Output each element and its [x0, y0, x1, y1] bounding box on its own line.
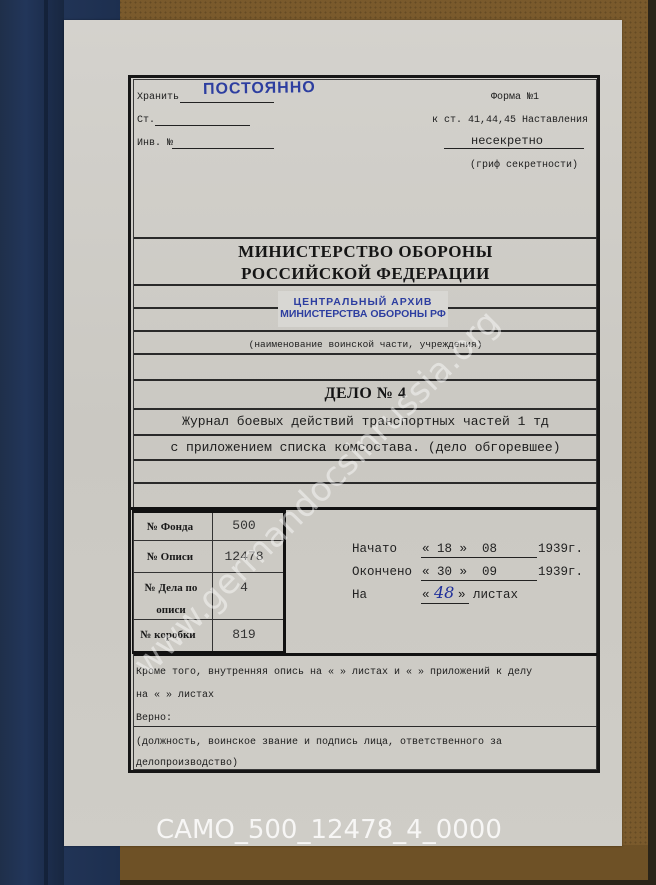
- ended-month: 09: [482, 565, 497, 579]
- rule-line: [134, 408, 597, 410]
- table-cell-label: № Фонда: [135, 516, 205, 538]
- started-underline: [421, 557, 537, 558]
- table-cell-label: № Описи: [135, 546, 205, 568]
- secrecy-value: несекретно: [471, 134, 543, 148]
- sheets-close: » листах: [458, 588, 518, 602]
- case-title: ДЕЛО № 4: [134, 385, 597, 403]
- table-cell-value: 819: [205, 627, 283, 642]
- sheets-open-quote: «: [422, 588, 430, 602]
- table-cell-value: 12478: [205, 549, 283, 564]
- table-row: № Описи 12478: [133, 541, 283, 573]
- st-underline: [155, 125, 250, 126]
- table-cell-value: 500: [205, 518, 283, 533]
- rule-line: [134, 284, 597, 286]
- archive-stamp-line-2: МИНИСТЕРСТВА ОБОРОНЫ РФ: [278, 308, 448, 320]
- verified-label: Верно:: [136, 713, 172, 724]
- rule-line: [134, 353, 597, 355]
- rule-line: [134, 330, 597, 332]
- form-label: Форма №1: [491, 92, 539, 103]
- rule-line: [134, 379, 597, 381]
- rule-line-thick: [134, 653, 597, 656]
- ministry-line-2: РОССИЙСКОЙ ФЕДЕРАЦИИ: [134, 264, 597, 284]
- ended-year: 1939г.: [538, 565, 583, 579]
- inventory-line-1: Кроме того, внутренняя опись на « » лист…: [136, 667, 532, 678]
- table-row: № Фонда 500: [133, 513, 283, 541]
- cardboard-bottom-edge: [116, 845, 648, 880]
- rule-line: [134, 726, 597, 727]
- secrecy-caption: (гриф секретности): [470, 160, 578, 171]
- started-day: « 18 »: [422, 542, 467, 556]
- sheets-count-handwritten: 48: [434, 583, 454, 602]
- archive-stamp-line-1: ЦЕНТРАЛЬНЫЙ АРХИВ: [278, 296, 448, 308]
- st-label: Ст.: [137, 115, 155, 126]
- keep-label: Хранить: [137, 92, 179, 103]
- inv-underline: [172, 148, 274, 149]
- ended-underline: [421, 580, 537, 581]
- started-label: Начато: [352, 542, 397, 556]
- keep-stamp: ПОСТОЯННО: [203, 79, 316, 99]
- image-id-label: САМО_500_12478_4_0000: [156, 815, 502, 845]
- table-row: № коробки 819: [133, 620, 283, 651]
- sheets-label: На: [352, 588, 367, 602]
- ended-day: « 30 »: [422, 565, 467, 579]
- rule-line: [134, 459, 597, 461]
- form-reference: к ст. 41,44,45 Наставления: [432, 115, 588, 126]
- ended-label: Окончено: [352, 565, 412, 579]
- table-cell-value: 4: [205, 580, 283, 595]
- table-cell-label: № коробки: [133, 624, 203, 646]
- rule-line: [134, 482, 597, 484]
- case-description-line-2: с приложением списка комсостава. (дело о…: [134, 440, 597, 455]
- ministry-line-1: МИНИСТЕРСТВО ОБОРОНЫ: [134, 242, 597, 262]
- keep-underline: [180, 102, 274, 103]
- inventory-line-2: на « » листах: [136, 690, 214, 701]
- started-month: 08: [482, 542, 497, 556]
- responsible-line-1: (должность, воинское звание и подпись ли…: [136, 737, 502, 748]
- inv-label: Инв. №: [137, 138, 173, 149]
- started-year: 1939г.: [538, 542, 583, 556]
- unit-caption: (наименование воинской части, учреждения…: [134, 339, 597, 350]
- rule-line: [134, 434, 597, 436]
- secrecy-underline: [444, 148, 584, 149]
- case-description-line-1: Журнал боевых действий транспортных част…: [134, 414, 597, 429]
- responsible-line-2: делопроизводство): [136, 758, 238, 769]
- rule-line: [134, 237, 597, 239]
- registry-table: № Фонда 500 № Описи 12478 № Дела по опис…: [132, 510, 286, 654]
- table-row: № Дела по описи 4: [133, 573, 283, 620]
- folder-spine: [0, 0, 64, 885]
- sheets-underline: [421, 603, 469, 604]
- table-cell-label: № Дела по описи: [135, 577, 207, 621]
